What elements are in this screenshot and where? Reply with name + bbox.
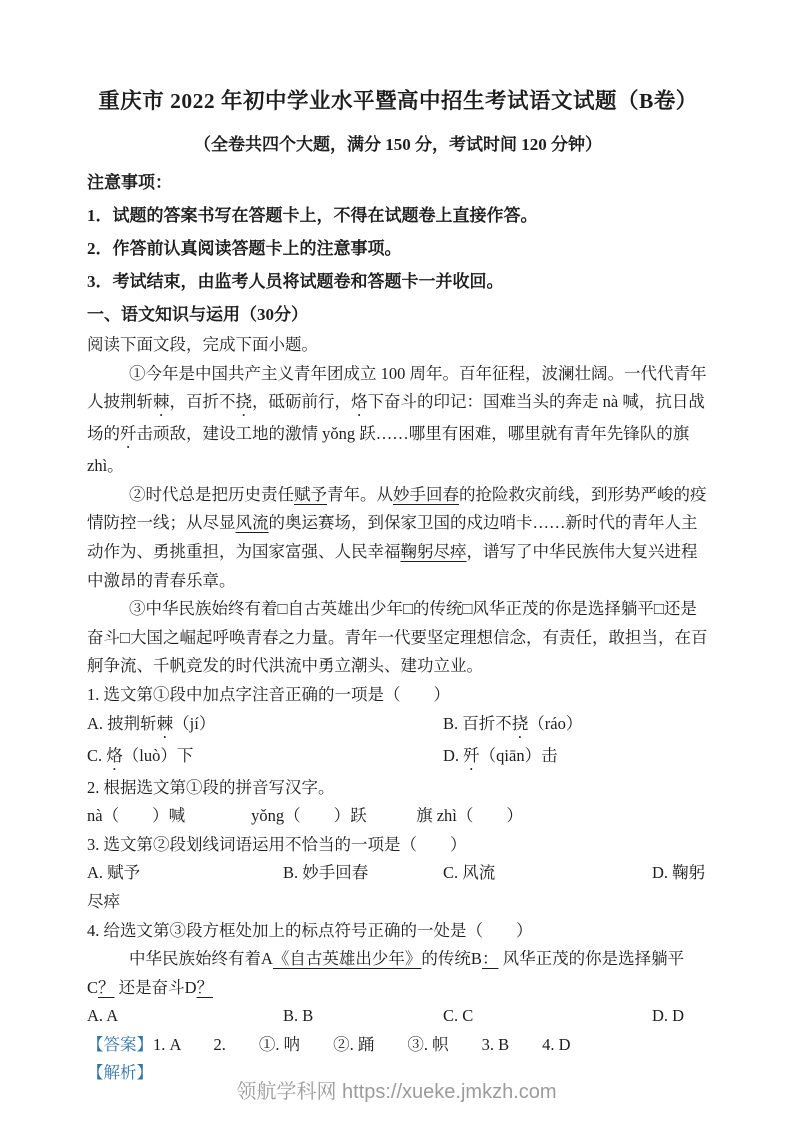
text-segment: 歼: [463, 746, 480, 765]
passage-paragraph-1: ①今年是中国共产主义青年团成立 100 周年。百年征程，波澜壮阔。一代代青年人披…: [87, 360, 709, 481]
notice-item: 1．试题的答案书写在答题卡上，不得在试题卷上直接作答。: [87, 199, 709, 232]
text-segment: ③中华民族始终有着□自古英雄出少年□的传统□风华正茂的你是选择躺平□还是奋斗□大…: [87, 599, 707, 675]
text-segment: 《自古英雄出少年》: [273, 949, 422, 968]
question-1-stem: 1. 选文第①段中加点字注音正确的一项是（ ）: [87, 681, 709, 710]
question-1-options: A. 披荆斩棘（jí） B. 百折不挠（ráo） C. 烙（luò）下 D. 歼…: [87, 710, 709, 774]
option-3a: A. 赋予: [87, 859, 283, 888]
text-segment: 击顽敌，建设工地的激情 yǒng 跃……哪里有困难，哪里就有青年先锋队的旗 zh…: [87, 424, 689, 475]
text-segment: 棘: [153, 392, 170, 411]
text-segment: D.: [443, 746, 463, 765]
text-segment: 挠: [512, 714, 529, 733]
question-3-stem: 3. 选文第②段划线词语运用不恰当的一项是（ ）: [87, 831, 709, 860]
question-4-options: A. AB. BC. CD. D: [87, 1002, 709, 1031]
paper-subtitle: （全卷共四个大题，满分 150 分，考试时间 120 分钟）: [87, 130, 709, 160]
text-segment: 的传统B: [421, 949, 482, 968]
option-3c: C. 风流: [443, 859, 652, 888]
option-1c: C. 烙（luò）下: [87, 742, 443, 774]
passage-paragraph-2: ②时代总是把历史责任赋予青年。从妙手回春的抢险救灾前线，到形势严峻的疫情防控一线…: [87, 481, 709, 595]
question-body: 阅读下面文段，完成下面小题。 ①今年是中国共产主义青年团成立 100 周年。百年…: [87, 331, 709, 1088]
text-segment: B. 百折不: [443, 714, 512, 733]
notice-item: 2．作答前认真阅读答题卡上的注意事项。: [87, 232, 709, 265]
text-segment: ？: [197, 978, 214, 997]
text-segment: ，百折不: [170, 392, 236, 411]
passage-paragraph-3: ③中华民族始终有着□自古英雄出少年□的传统□风华正茂的你是选择躺平□还是奋斗□大…: [87, 595, 709, 681]
text-segment: 挠: [236, 392, 253, 411]
text-segment: 还是奋斗D: [115, 978, 197, 997]
exam-paper-page: 重庆市 2022 年初中学业水平暨高中招生考试语文试题（B卷） （全卷共四个大题…: [0, 0, 793, 1088]
option-4b: B. B: [283, 1002, 443, 1031]
answer-text: 1. A 2. ①. 呐 ②. 踊 ③. 帜 3. B 4. D: [153, 1035, 571, 1054]
notice-item: 3．考试结束，由监考人员将试题卷和答题卡一并收回。: [87, 265, 709, 298]
question-2-blanks: nà（ ）喊 yǒng（ ）跃 旗 zhì（ ）: [87, 802, 709, 831]
answer-line: 【答案】1. A 2. ①. 呐 ②. 踊 ③. 帜 3. B 4. D: [87, 1031, 709, 1060]
text-segment: （luò）下: [123, 746, 194, 765]
text-segment: 歼: [120, 424, 137, 443]
option-1d: D. 歼（qiān）击: [443, 742, 709, 774]
text-segment: 妙手回春: [393, 485, 459, 504]
notice-heading: 注意事项：: [87, 166, 709, 199]
text-segment: 中华民族始终有着A: [129, 949, 273, 968]
paper-title: 重庆市 2022 年初中学业水平暨高中招生考试语文试题（B卷）: [87, 76, 709, 126]
option-4a: A. A: [87, 1002, 283, 1031]
text-segment: 赋予: [294, 485, 327, 504]
text-segment: 烙: [106, 746, 123, 765]
text-segment: 烙: [351, 392, 368, 411]
option-1a: A. 披荆斩棘（jí）: [87, 710, 443, 742]
text-segment: ，砥砺前行，: [252, 392, 351, 411]
passage-intro: 阅读下面文段，完成下面小题。: [87, 331, 709, 360]
text-segment: （ráo）: [528, 714, 582, 733]
text-segment: ②时代总是把历史责任: [129, 485, 294, 504]
question-3-options: A. 赋予B. 妙手回春C. 风流D. 鞠躬尽瘁: [87, 859, 709, 916]
text-segment: （qiān）击: [480, 746, 558, 765]
option-1b: B. 百折不挠（ráo）: [443, 710, 709, 742]
text-segment: C.: [87, 746, 106, 765]
text-segment: 青年。从: [327, 485, 393, 504]
option-4d: D. D: [652, 1006, 684, 1025]
text-segment: 鞠躬尽瘁: [401, 542, 467, 561]
question-2-stem: 2. 根据选文第①段的拼音写汉字。: [87, 774, 709, 803]
answer-label: 【答案】: [87, 1035, 153, 1054]
text-segment: A. 披荆斩: [87, 714, 157, 733]
section-heading: 一、语文知识与运用（30分）: [87, 298, 709, 331]
option-3b: B. 妙手回春: [283, 859, 443, 888]
question-4-stem: 4. 给选文第③段方框处加上的标点符号正确的一处是（ ）: [87, 917, 709, 946]
notice-section: 注意事项： 1．试题的答案书写在答题卡上，不得在试题卷上直接作答。 2．作答前认…: [87, 166, 709, 331]
option-4c: C. C: [443, 1002, 652, 1031]
text-segment: （jí）: [173, 714, 215, 733]
text-segment: ？: [98, 978, 115, 997]
text-segment: 风流: [236, 513, 269, 532]
question-4-sentence: 中华民族始终有着A《自古英雄出少年》的传统B： 风华正茂的你是选择躺平C？ 还是…: [87, 945, 709, 1002]
text-segment: ：: [482, 949, 499, 968]
site-watermark: 领航学科网 https://xueke.jmkzh.com: [0, 1075, 793, 1104]
text-segment: 棘: [157, 714, 174, 733]
